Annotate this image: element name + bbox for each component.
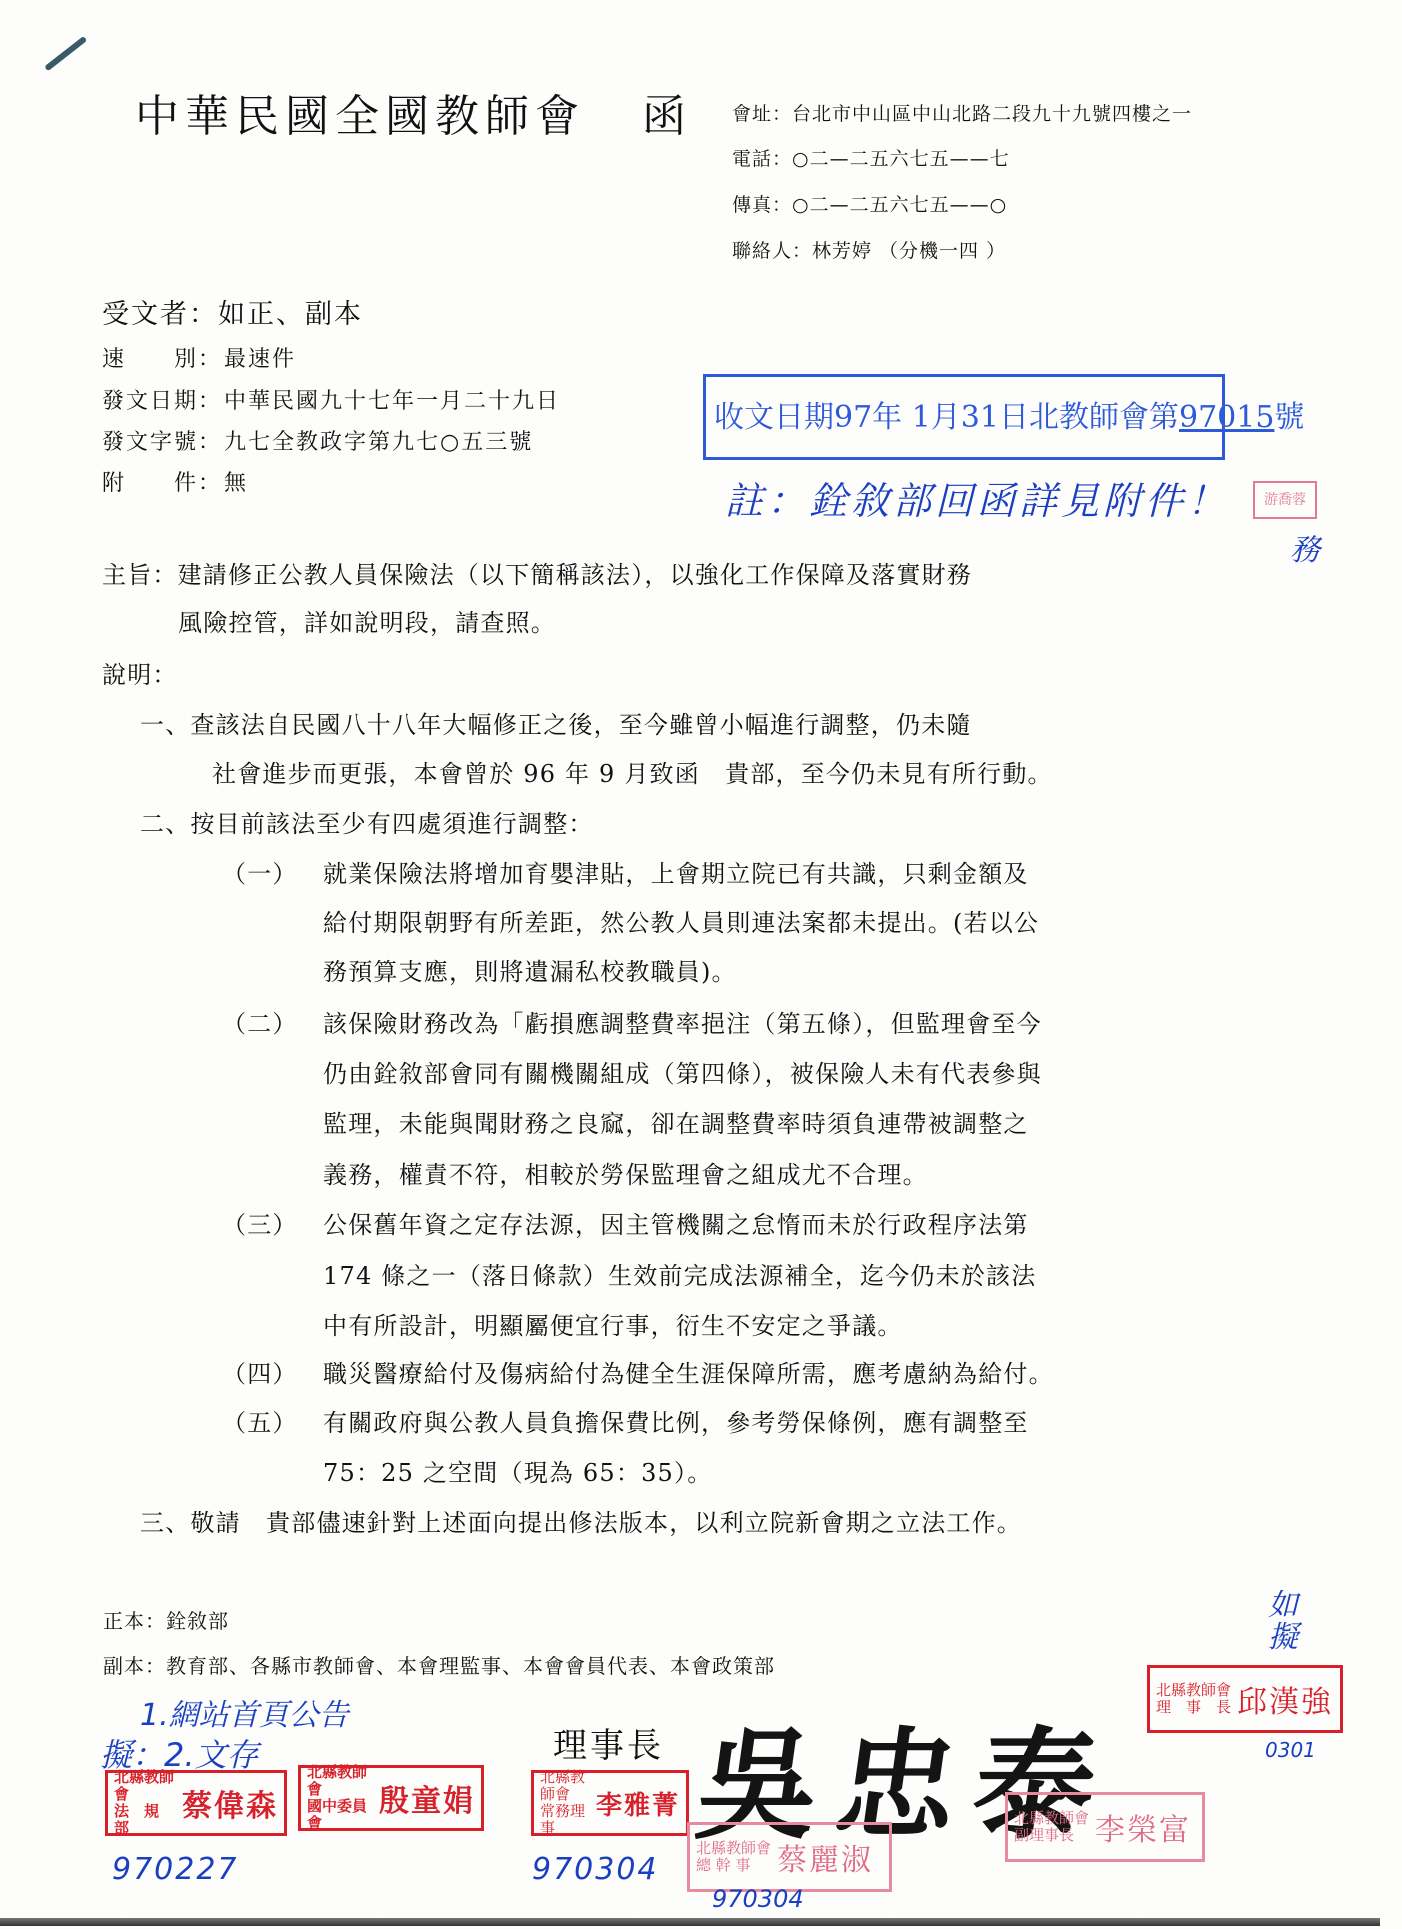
receipt-stamp-text: 收文日期97年 1月31日北教師會第 — [714, 400, 1179, 435]
signature-title: 理事長 — [553, 1718, 664, 1767]
subitem-3-marker: （三） — [222, 1205, 298, 1240]
item-2-marker: 二、 — [140, 810, 190, 838]
subitem-1-marker: （一） — [222, 854, 298, 889]
seal-vice-chairman: 北縣教師會副理事長 李榮富 — [1005, 1792, 1205, 1862]
subitem-3-line-2: 174 條之一（落日條款）生效前完成法源補全，迄今仍未於該法 — [323, 1256, 1036, 1291]
receipt-stamp: 收文日期97年 1月31日北教師會第97015號 — [703, 374, 1225, 460]
fax: 傳真：○二—二五六七五——○ — [732, 190, 1007, 217]
original-recipient: 正本：銓敘部 — [103, 1605, 229, 1634]
speed-label: 速 別： — [102, 342, 224, 373]
seal-name: 殷童娟 — [379, 1776, 475, 1820]
contact-person: 聯絡人：林芳婷 （分機一四 ） — [732, 236, 1006, 263]
subitem-2-line-2: 仍由銓敘部會同有關機關組成（第四條），被保險人未有代表參與 — [323, 1054, 1042, 1089]
recipient-label: 受文者： — [102, 299, 218, 330]
attachment-field: 附 件：無 — [102, 466, 248, 497]
document-type: 函 — [642, 80, 686, 144]
receipt-suffix: 號 — [1274, 400, 1304, 435]
seal-junior-high-committee: 北縣教師會國中委員會 殷童娟 — [298, 1765, 484, 1831]
attachment-value: 無 — [224, 471, 248, 496]
issue-date-label: 發文日期： — [102, 384, 224, 415]
subject-text-1: 建請修正公教人員保險法（以下簡稱該法），以強化工作保障及落實財務 — [178, 561, 972, 589]
subitem-5-marker: （五） — [222, 1403, 298, 1438]
seal-name: 李榮富 — [1095, 1805, 1191, 1849]
seal-chairman-date: 0301 — [1265, 1738, 1316, 1762]
subject-line-1: 主旨：建請修正公教人員保險法（以下簡稱該法），以強化工作保障及落實財務 — [102, 555, 972, 590]
recipient-value: 如正、副本 — [218, 299, 363, 330]
item-1-line-1: 一、查該法自民國八十八年大幅修正之後，至今雖曾小幅進行調整，仍未隨 — [140, 705, 972, 740]
receipt-number: 97015 — [1179, 400, 1274, 435]
doc-number-label: 發文字號： — [102, 425, 224, 456]
seal-secretary-general-date: 970304 — [712, 1885, 804, 1913]
approval-note: 如擬 — [1268, 1590, 1308, 1654]
subitem-2-line-1: 該保險財務改為「虧損應調整費率挹注（第五條），但監理會至今 — [323, 1004, 1042, 1039]
subitem-2-marker: （二） — [222, 1004, 298, 1039]
speed-value: 最速件 — [224, 347, 296, 372]
seal-secretary-general: 北縣教師會總 幹 事 蔡麗淑 — [687, 1822, 892, 1892]
handwritten-instruction-1: 1.網站首頁公告 — [140, 1690, 349, 1734]
item-2-line-1: 二、按目前該法至少有四處須進行調整： — [140, 804, 594, 839]
doc-number-value: 九七全教政字第九七○五三號 — [224, 430, 533, 455]
item-1-line-2: 社會進步而更張，本會曾於 96 年 9 月致函 貴部，至今仍未見有所行動。 — [212, 754, 1053, 789]
seal-executive-director: 北縣教師會常務理事 李雅菁 — [531, 1770, 689, 1836]
seal-legal-dept: 北縣教師會法 規 部 蔡偉森 — [105, 1770, 287, 1836]
seal-name: 邱漢強 — [1237, 1677, 1333, 1721]
item-1-marker: 一、 — [140, 711, 190, 739]
organization-title: 中華民國全國教師會 — [135, 80, 585, 144]
recipient-field: 受文者：如正、副本 — [102, 292, 363, 331]
subitem-2-line-3: 監理，未能與聞財務之良窳，卻在調整費率時須負連帶被調整之 — [323, 1104, 1029, 1139]
subitem-3-line-1: 公保舊年資之定存法源，因主管機關之怠惰而未於行政程序法第 — [323, 1205, 1029, 1240]
attachment-label: 附 件： — [102, 466, 224, 497]
seal-name: 蔡偉森 — [182, 1781, 278, 1825]
doc-number-field: 發文字號：九七全教政字第九七○五三號 — [102, 425, 533, 456]
item-3-marker: 三、 — [140, 1509, 190, 1537]
subitem-4-line-1: 職災醫療給付及傷病給付為健全生涯保障所需，應考慮納為給付。 — [323, 1354, 1054, 1389]
subitem-5-line-2: 75：25 之空間（現為 65：35）。 — [323, 1453, 712, 1488]
subject-label: 主旨： — [102, 561, 178, 589]
seal-org: 北縣教師會理 事 長 — [1156, 1682, 1231, 1716]
speed-field: 速 別：最速件 — [102, 342, 296, 373]
subject-line-2: 風險控管，詳如說明段，請查照。 — [178, 603, 556, 638]
phone: 電話：○二—二五六七五——七 — [732, 144, 1010, 171]
subitem-1-line-3: 務預算支應，則將遺漏私校教職員)。 — [323, 952, 737, 987]
subitem-2-line-4: 義務，權責不符，相較於勞保監理會之組成尤不合理。 — [323, 1155, 928, 1190]
copy-recipients: 副本：教育部、各縣市教師會、本會理監事、本會會員代表、本會政策部 — [103, 1650, 775, 1679]
seal-legal-dept-date: 970227 — [112, 1852, 239, 1887]
initial-mark: 務 — [1290, 525, 1320, 569]
subitem-4-marker: （四） — [222, 1354, 298, 1389]
seal-executive-director-date: 970304 — [532, 1852, 659, 1887]
issue-date-value: 中華民國九十七年一月二十九日 — [224, 389, 560, 414]
personal-seal: 游喬蓉 — [1253, 481, 1317, 519]
seal-chairman: 北縣教師會理 事 長 邱漢強 — [1147, 1665, 1343, 1733]
seal-name: 李雅菁 — [596, 1785, 680, 1822]
scan-edge — [0, 1918, 1380, 1926]
item-3-line-1: 三、敬請 貴部儘速針對上述面向提出修法版本，以利立院新會期之立法工作。 — [140, 1503, 1022, 1538]
issue-date-field: 發文日期：中華民國九十七年一月二十九日 — [102, 384, 560, 415]
handwritten-note: 註：銓敘部回函詳見附件！ — [725, 470, 1229, 525]
address: 會址：台北市中山區中山北路二段九十九號四樓之一 — [732, 99, 1192, 126]
seal-name: 蔡麗淑 — [777, 1835, 873, 1879]
subitem-1-line-2: 給付期限朝野有所差距，然公教人員則連法案都未提出。(若以公 — [323, 903, 1039, 938]
explanation-label: 說明： — [102, 655, 178, 690]
subitem-3-line-3: 中有所設計，明顯屬便宜行事，衍生不安定之爭議。 — [323, 1306, 903, 1341]
pen-mark-icon — [44, 36, 87, 72]
subitem-1-line-1: 就業保險法將增加育嬰津貼，上會期立院已有共識，只剩金額及 — [323, 854, 1029, 889]
subitem-5-line-1: 有關政府與公教人員負擔保費比例，參考勞保條例，應有調整至 — [323, 1403, 1029, 1438]
